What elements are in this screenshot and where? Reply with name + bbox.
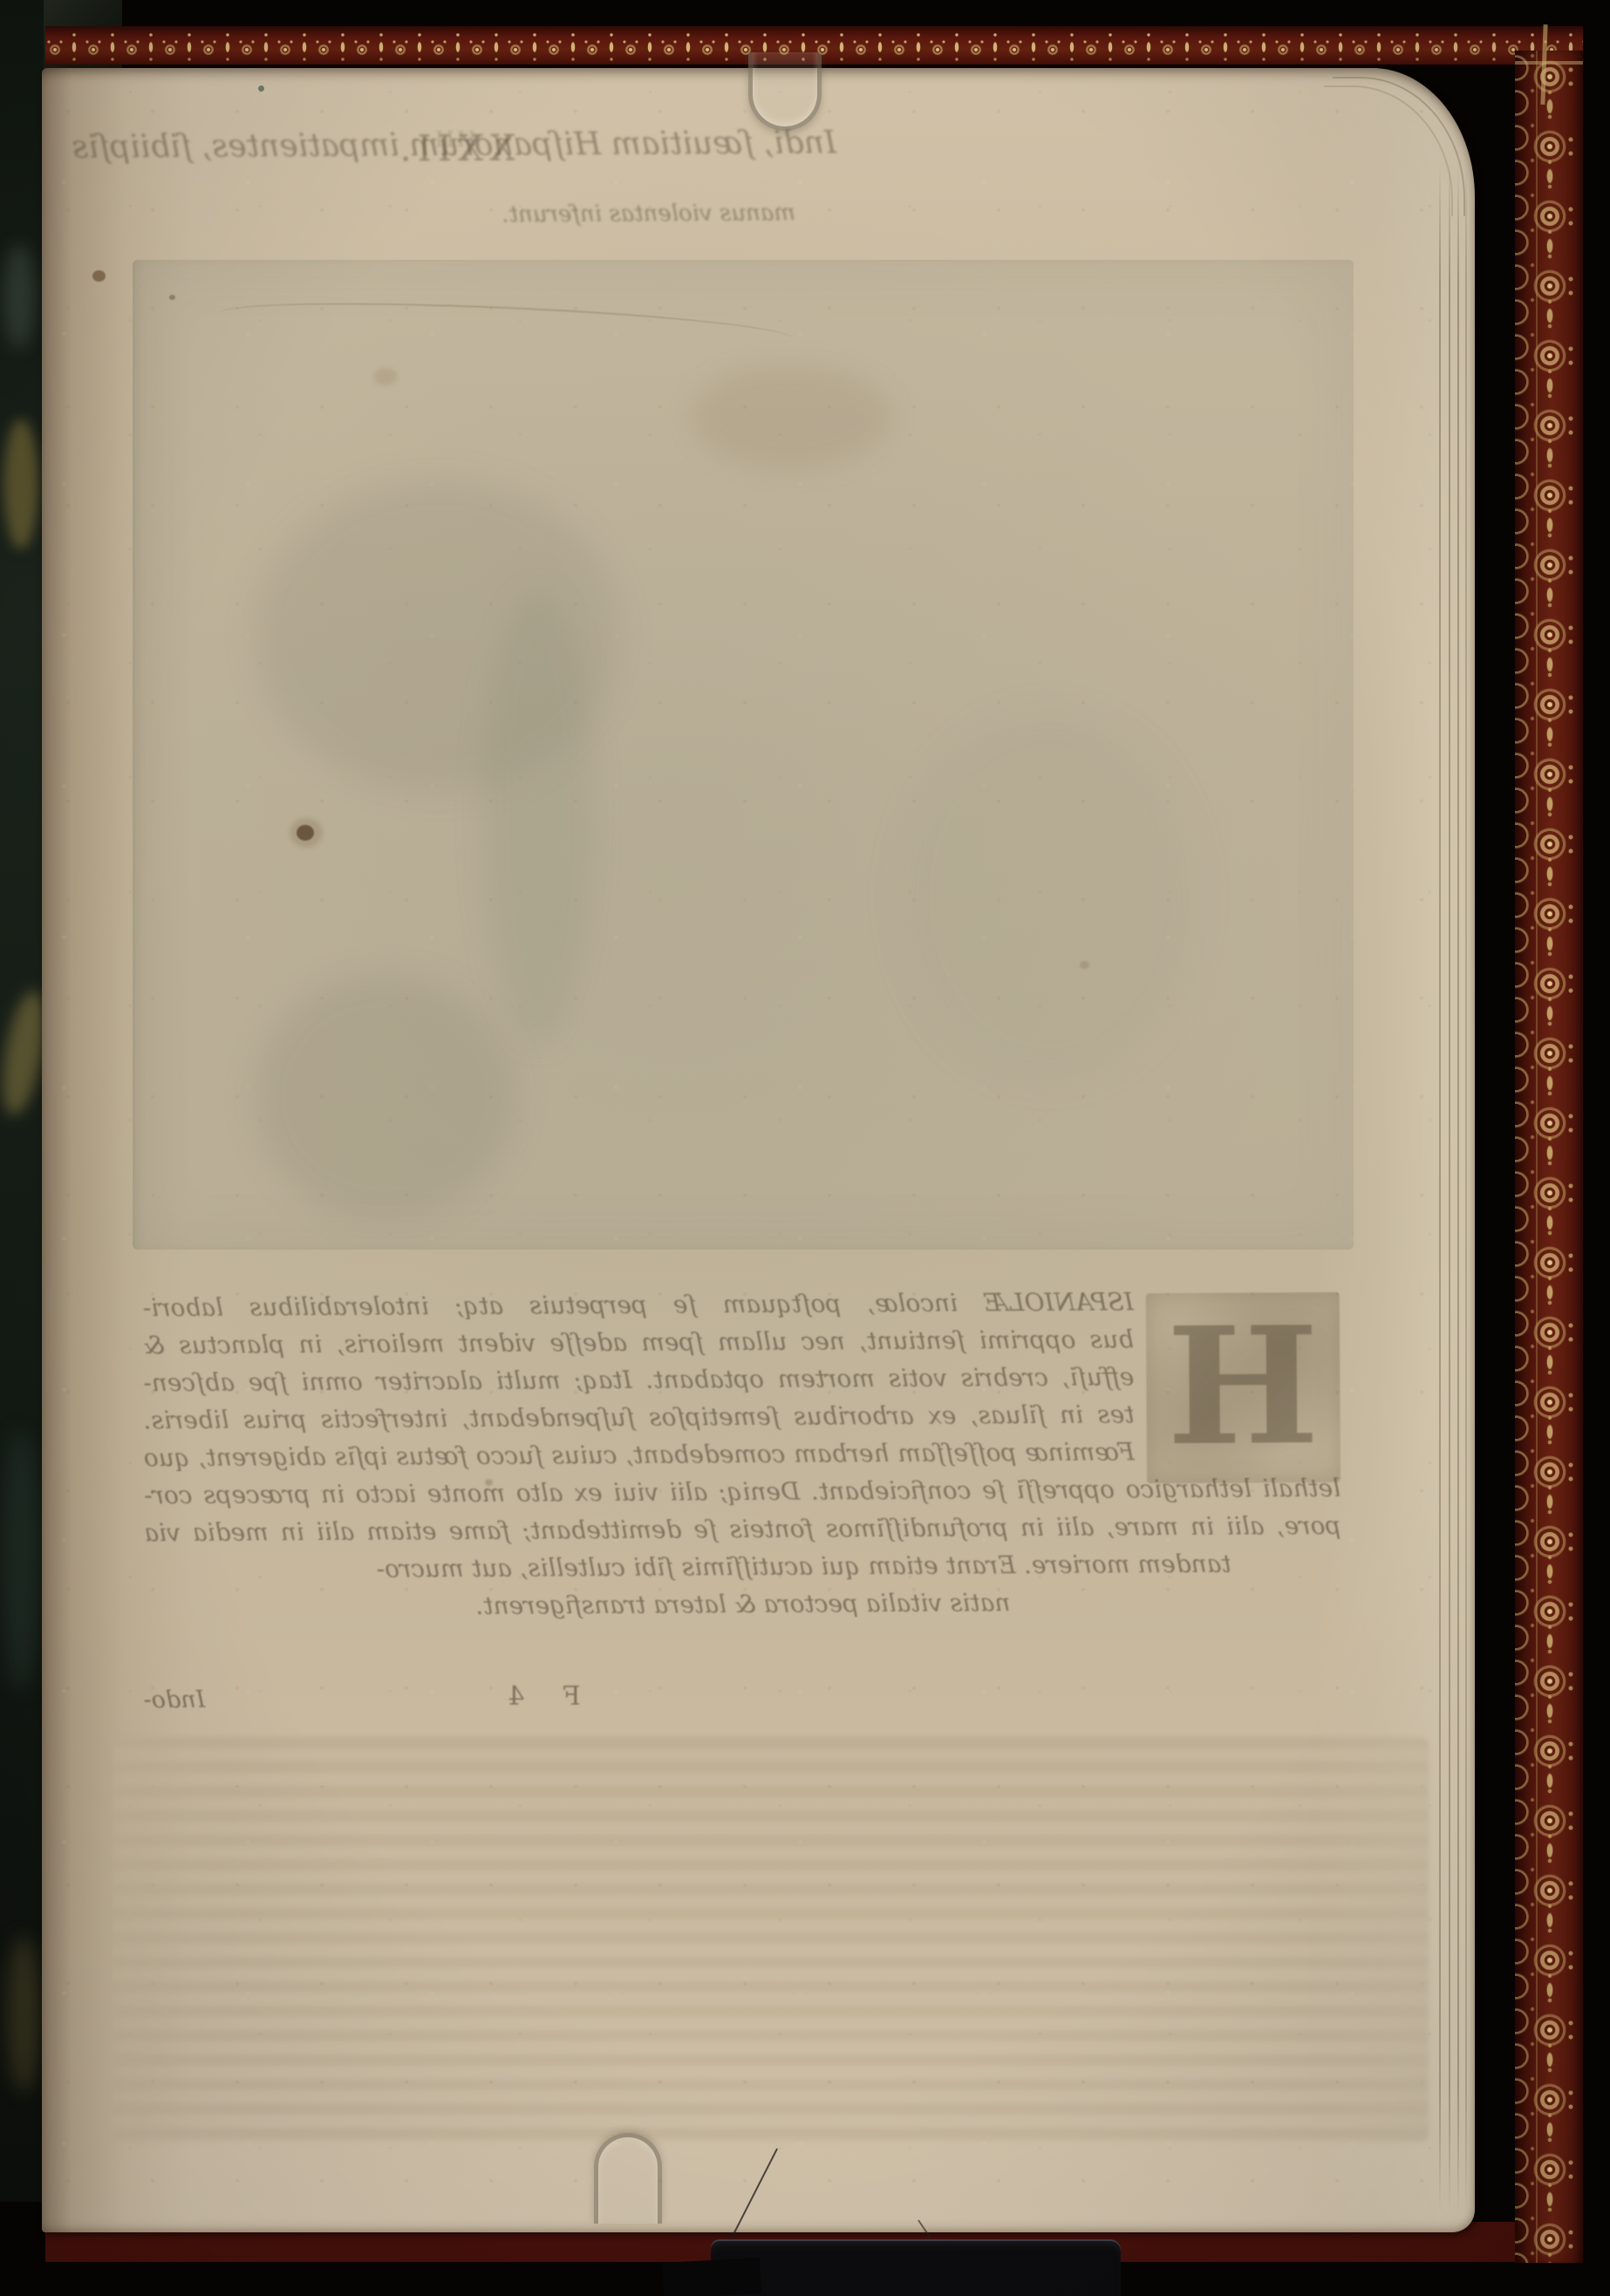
- showthrough-subtitle: manus violentas inferunt.: [576, 200, 795, 238]
- foxing-spot: [169, 295, 175, 300]
- binding-scallop-band: [1515, 51, 1538, 2263]
- page-edge-ridge: [1439, 162, 1441, 2213]
- showthrough-engraving: [133, 260, 1354, 1250]
- cradle-clamp: [711, 2239, 1121, 2296]
- showthrough-text-line: natis vitalia pectora & latera transfige…: [145, 1582, 1341, 1626]
- foxing-spot: [373, 368, 398, 385]
- page-edge-ridge: [1449, 162, 1450, 2213]
- page-edge-ridge: [1457, 162, 1459, 2213]
- marbled-endpaper: [0, 0, 44, 2202]
- book-scan-photo: Indi, ſæuitiam Hiſpanorum impatientes, ſ…: [0, 0, 1610, 2296]
- ink-speck: [258, 85, 264, 92]
- page-holder-clasp-bottom: [594, 2133, 662, 2224]
- showthrough-caption-lines: ISPANIOLÆ incolæ, poſtquam ſe perpetuis …: [143, 1282, 1342, 1669]
- foxing-spot: [1080, 961, 1089, 969]
- foxing-spot: [92, 270, 106, 282]
- marble-blob: [3, 419, 38, 549]
- page-edge-ridge: [1465, 162, 1467, 2213]
- marble-blob: [7, 1936, 40, 2093]
- showthrough-shape: [691, 364, 891, 469]
- showthrough-signature-mark: F 4: [495, 1681, 593, 1726]
- showthrough-header: Indi, ſæuitiam Hiſpanorum impatientes, ſ…: [83, 125, 826, 187]
- binding-corner-gold-band: [1515, 61, 1583, 65]
- showthrough-shape: [481, 591, 595, 1045]
- showthrough-catchword: Indo-: [119, 1686, 230, 1726]
- showthrough-shape: [255, 975, 516, 1219]
- showthrough-shape: [900, 713, 1197, 1080]
- foxing-spot: [297, 825, 314, 841]
- showthrough-caption-block: H ISPANIOLÆ incolæ, poſtquam ſe perpetui…: [143, 1282, 1342, 1669]
- showthrough-folio-mark: IIII: [433, 127, 476, 152]
- cradle-clamp-foot: [662, 2258, 761, 2296]
- marble-blob: [3, 244, 35, 349]
- page-holder-clasp-top: [748, 52, 822, 131]
- foxing-spot: [485, 1479, 493, 1486]
- marble-blob: [2, 1430, 40, 1692]
- showthrough-text-block: [113, 1737, 1429, 2143]
